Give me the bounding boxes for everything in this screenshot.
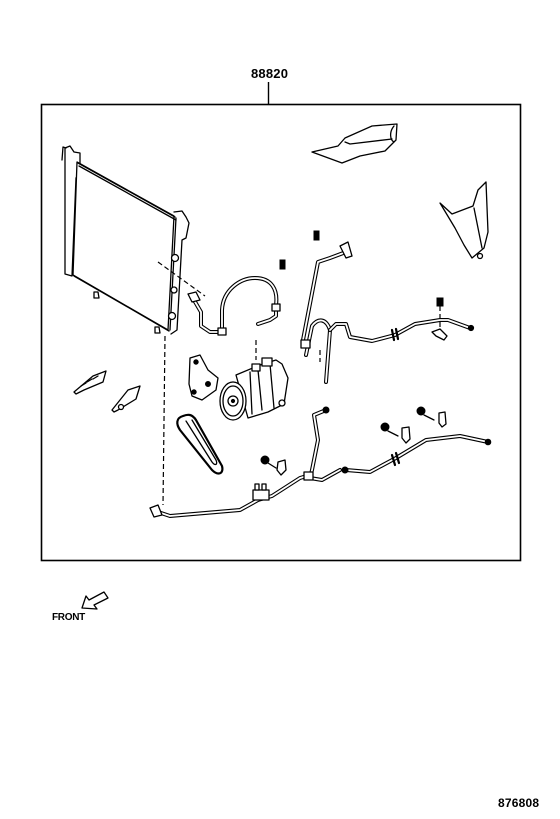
clip-icon (280, 260, 285, 269)
condenser-icon[interactable] (62, 146, 189, 334)
compressor-icon[interactable] (220, 358, 288, 420)
bracket-icon[interactable] (189, 355, 218, 400)
air-duct-icon (312, 124, 397, 163)
guide-line (163, 336, 165, 505)
clip-icon (314, 231, 319, 240)
parts-diagram (0, 0, 560, 819)
v-belt-icon (177, 415, 222, 474)
pipe-icon[interactable] (330, 298, 474, 341)
clamp-icon (261, 456, 286, 475)
front-arrow-icon (82, 592, 108, 609)
hose-icon[interactable] (301, 242, 352, 382)
air-duct-icon (440, 182, 488, 259)
seal-icon (74, 371, 140, 412)
hose-icon[interactable] (188, 278, 280, 335)
